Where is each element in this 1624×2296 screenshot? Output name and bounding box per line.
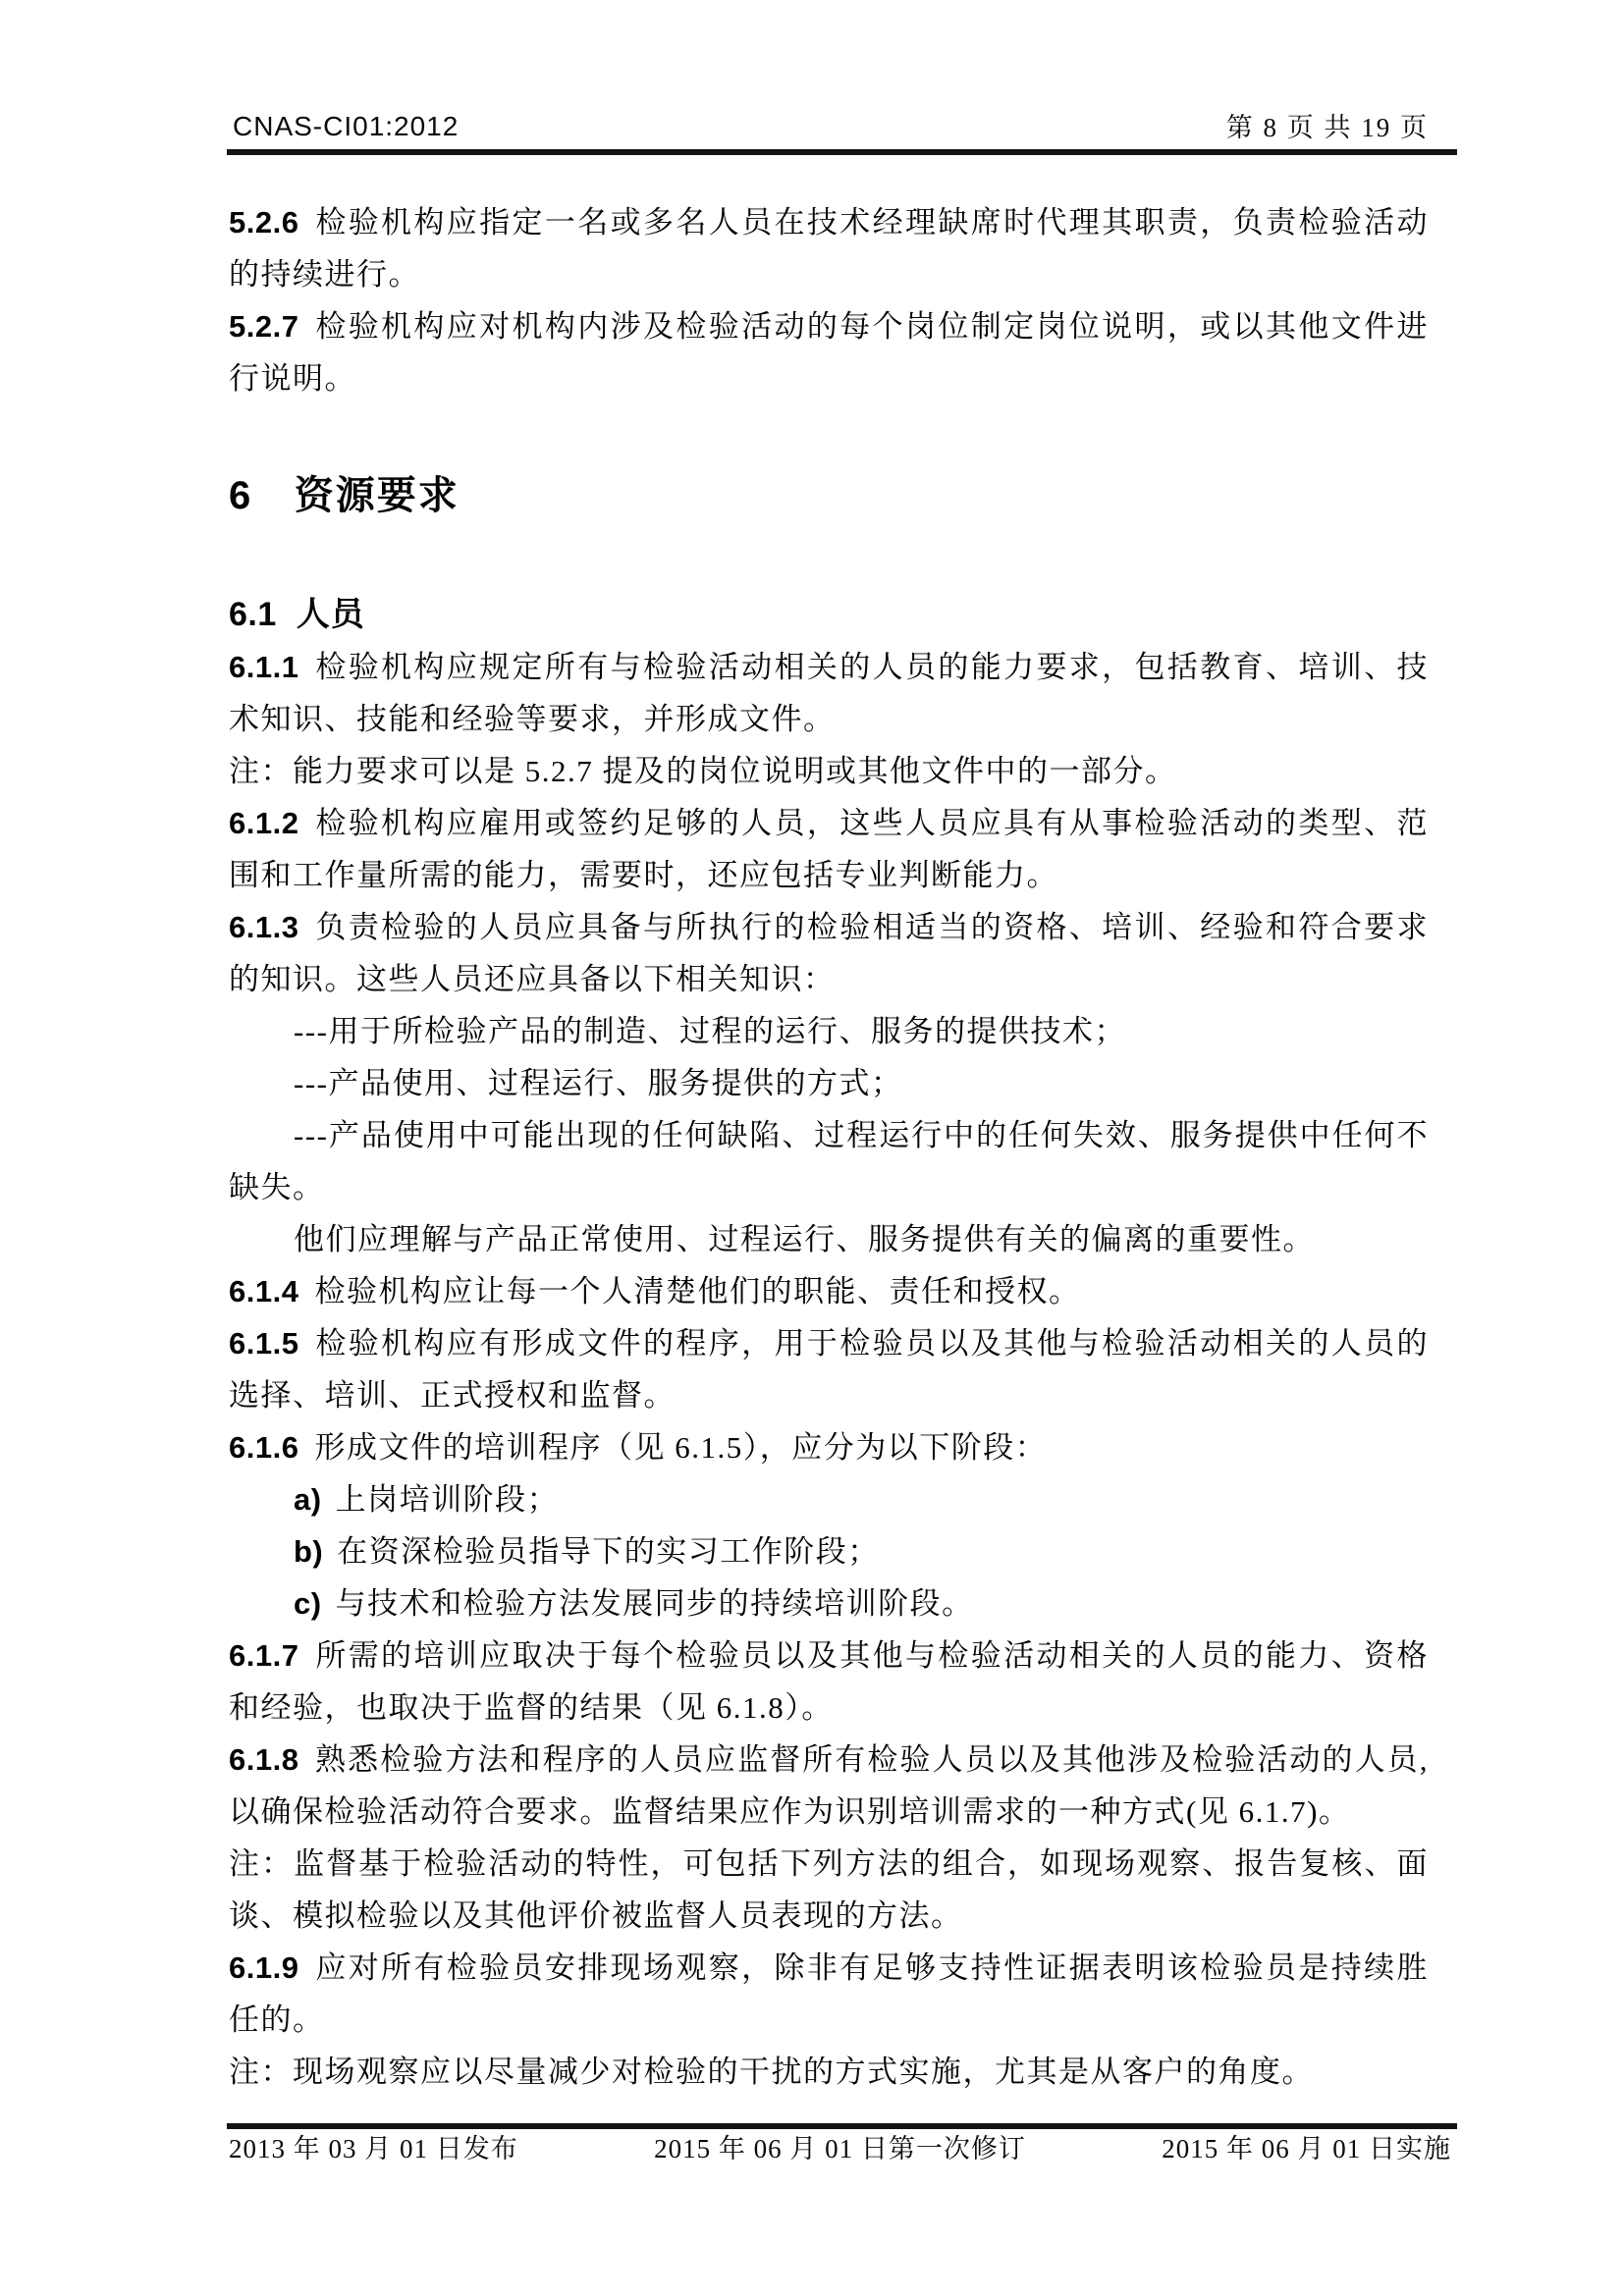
paragraph-text: 他们应理解与产品正常使用、过程运行、服务提供有关的偏离的重要性。 <box>294 1222 1315 1256</box>
list-letter: c) <box>294 1586 322 1621</box>
header-rule <box>227 149 1457 155</box>
subsection-title: 人员 <box>297 596 365 633</box>
clause-paragraph: 6.1.4检验机构应让每一个人清楚他们的职能、责任和授权。 <box>229 1265 1429 1317</box>
clause-number: 6.1.3 <box>229 910 298 944</box>
clause-paragraph: 6.1.7所需的培训应取决于每个检验员以及其他与检验活动相关的人员的能力、资格和… <box>229 1629 1429 1734</box>
clause-number: 6.1.8 <box>229 1742 298 1777</box>
clause-text: 熟悉检验方法和程序的人员应监督所有检验人员以及其他涉及检验活动的人员,以确保检验… <box>229 1742 1429 1829</box>
list-item-text: 与技术和检验方法发展同步的持续培训阶段。 <box>336 1586 974 1621</box>
footer-revision-date: 2015 年 06 月 01 日第一次修订 <box>654 2132 1026 2165</box>
list-item-text: 上岗培训阶段； <box>336 1482 560 1517</box>
clause-number: 6.1.1 <box>229 650 298 684</box>
section-title: 资源要求 <box>295 474 460 517</box>
note-text: 注：监督基于检验活动的特性，可包括下列方法的组合，如现场观察、报告复核、面谈、模… <box>229 1846 1429 1933</box>
clause-number: 6.1.6 <box>229 1430 298 1465</box>
section-number: 6 <box>229 474 251 517</box>
clause-text: 负责检验的人员应具备与所执行的检验相适当的资格、培训、经验和符合要求的知识。这些… <box>229 910 1429 996</box>
clause-text: 形成文件的培训程序（见 6.1.5），应分为以下阶段： <box>314 1430 1047 1465</box>
clause-number: 6.1.2 <box>229 806 298 840</box>
note-paragraph: 注：能力要求可以是 5.2.7 提及的岗位说明或其他文件中的一部分。 <box>229 745 1429 797</box>
clause-text: 检验机构应指定一名或多名人员在技术经理缺席时代理其职责，负责检验活动的持续进行。 <box>229 205 1429 292</box>
footer-implementation-date: 2015 年 06 月 01 日实施 <box>1162 2132 1451 2165</box>
lettered-list-item: c)与技术和检验方法发展同步的持续培训阶段。 <box>229 1577 1429 1629</box>
clause-paragraph: 6.1.8熟悉检验方法和程序的人员应监督所有检验人员以及其他涉及检验活动的人员,… <box>229 1734 1429 1838</box>
clause-number: 5.2.7 <box>229 309 298 344</box>
clause-text: 检验机构应对机构内涉及检验活动的每个岗位制定岗位说明，或以其他文件进行说明。 <box>229 309 1429 396</box>
note-text: 注：能力要求可以是 5.2.7 提及的岗位说明或其他文件中的一部分。 <box>229 754 1177 788</box>
clause-text: 检验机构应让每一个人清楚他们的职能、责任和授权。 <box>314 1274 1080 1308</box>
list-letter: a) <box>294 1482 322 1517</box>
note-text: 注：现场观察应以尽量减少对检验的干扰的方式实施，尤其是从客户的角度。 <box>229 2055 1314 2089</box>
document-body: 5.2.6检验机构应指定一名或多名人员在技术经理缺席时代理其职责，负责检验活动的… <box>229 196 1429 2098</box>
dash-item-text: ---产品使用、过程运行、服务提供的方式； <box>294 1066 902 1100</box>
clause-paragraph: 6.1.1检验机构应规定所有与检验活动相关的人员的能力要求，包括教育、培训、技术… <box>229 641 1429 745</box>
note-paragraph: 注：监督基于检验活动的特性，可包括下列方法的组合，如现场观察、报告复核、面谈、模… <box>229 1838 1429 1942</box>
clause-text: 应对所有检验员安排现场观察，除非有足够支持性证据表明该检验员是持续胜任的。 <box>229 1950 1429 2037</box>
dash-list-item: ---用于所检验产品的制造、过程的运行、服务的提供技术； <box>229 1005 1429 1057</box>
clause-number: 6.1.5 <box>229 1326 298 1361</box>
clause-paragraph: 5.2.7检验机构应对机构内涉及检验活动的每个岗位制定岗位说明，或以其他文件进行… <box>229 300 1429 404</box>
clause-text: 检验机构应规定所有与检验活动相关的人员的能力要求，包括教育、培训、技术知识、技能… <box>229 650 1429 736</box>
clause-text: 检验机构应有形成文件的程序，用于检验员以及其他与检验活动相关的人员的选择、培训、… <box>229 1326 1429 1413</box>
clause-text: 所需的培训应取决于每个检验员以及其他与检验活动相关的人员的能力、资格和经验，也取… <box>229 1638 1429 1725</box>
lettered-list-item: b)在资深检验员指导下的实习工作阶段； <box>229 1525 1429 1577</box>
clause-paragraph: 6.1.9应对所有检验员安排现场观察，除非有足够支持性证据表明该检验员是持续胜任… <box>229 1942 1429 2046</box>
clause-number: 6.1.4 <box>229 1274 298 1308</box>
footer-publish-date: 2013 年 03 月 01 日发布 <box>229 2132 518 2165</box>
footer: 2013 年 03 月 01 日发布 2015 年 06 月 01 日第一次修订… <box>229 2132 1451 2165</box>
clause-paragraph: 6.1.2检验机构应雇用或签约足够的人员，这些人员应具有从事检验活动的类型、范围… <box>229 797 1429 901</box>
document-page: { "page": { "width": 1654, "height": 233… <box>0 0 1624 2296</box>
indented-paragraph: 他们应理解与产品正常使用、过程运行、服务提供有关的偏离的重要性。 <box>229 1213 1429 1265</box>
subsection-heading: 6.1人员 <box>229 589 1429 641</box>
clause-number: 6.1.9 <box>229 1950 298 1985</box>
list-item-text: 在资深检验员指导下的实习工作阶段； <box>337 1534 880 1569</box>
clause-paragraph: 6.1.6形成文件的培训程序（见 6.1.5），应分为以下阶段： <box>229 1421 1429 1473</box>
clause-text: 检验机构应雇用或签约足够的人员，这些人员应具有从事检验活动的类型、范围和工作量所… <box>229 806 1429 892</box>
dash-list-item: ---产品使用中可能出现的任何缺陷、过程运行中的任何失效、服务提供中任何不缺失。 <box>229 1109 1429 1213</box>
note-paragraph: 注：现场观察应以尽量减少对检验的干扰的方式实施，尤其是从客户的角度。 <box>229 2046 1429 2098</box>
list-letter: b) <box>294 1534 323 1569</box>
clause-paragraph: 6.1.3负责检验的人员应具备与所执行的检验相适当的资格、培训、经验和符合要求的… <box>229 901 1429 1005</box>
section-heading: 6资源要求 <box>229 463 1429 528</box>
footer-rule <box>227 2123 1457 2129</box>
dash-list-item: ---产品使用、过程运行、服务提供的方式； <box>229 1057 1429 1109</box>
clause-paragraph: 6.1.5检验机构应有形成文件的程序，用于检验员以及其他与检验活动相关的人员的选… <box>229 1317 1429 1421</box>
header-doc-code: CNAS-CI01:2012 <box>233 110 459 143</box>
clause-number: 6.1.7 <box>229 1638 298 1673</box>
clause-number: 5.2.6 <box>229 205 298 240</box>
subsection-number: 6.1 <box>229 596 277 633</box>
lettered-list-item: a)上岗培训阶段； <box>229 1473 1429 1525</box>
dash-item-text: ---用于所检验产品的制造、过程的运行、服务的提供技术； <box>294 1014 1126 1048</box>
header-page-number: 第 8 页 共 19 页 <box>1226 112 1429 143</box>
dash-item-text: ---产品使用中可能出现的任何缺陷、过程运行中的任何失效、服务提供中任何不缺失。 <box>229 1118 1429 1204</box>
clause-paragraph: 5.2.6检验机构应指定一名或多名人员在技术经理缺席时代理其职责，负责检验活动的… <box>229 196 1429 300</box>
